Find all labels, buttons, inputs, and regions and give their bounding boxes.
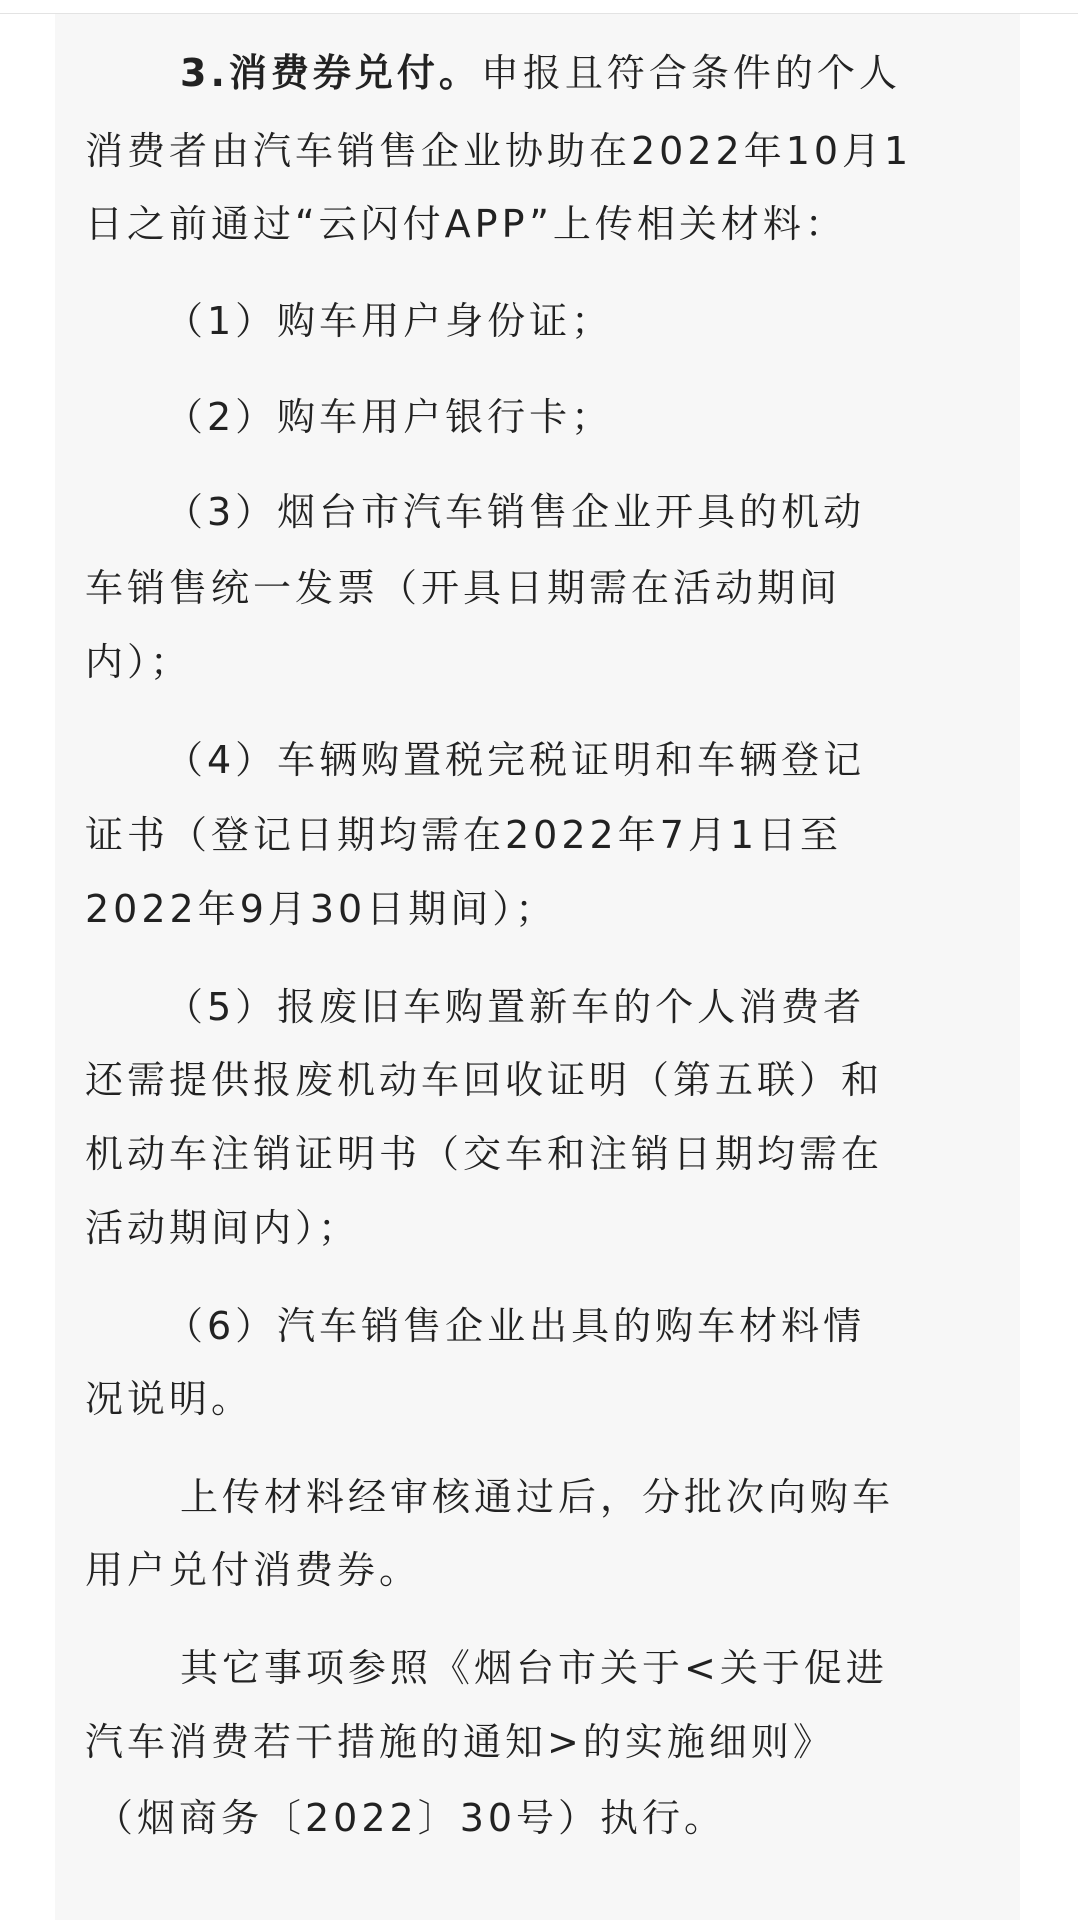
item-4-line-1: （4）车辆购置税完税证明和车辆登记 (165, 723, 865, 797)
paragraph-voucher-redemption-line-3: 日之前通过“云闪付APP”上传相关材料： (85, 187, 847, 261)
paragraph-voucher-redemption-line-1: 3.消费券兑付。申报且符合条件的个人 (180, 36, 901, 110)
item-5-line-3: 机动车注销证明书（交车和注销日期均需在 (85, 1117, 883, 1191)
paragraph-other-matters-line-3: （烟商务〔2022〕30号）执行。 (95, 1781, 726, 1855)
paragraph-voucher-redemption-line-2: 消费者由汽车销售企业协助在2022年10月1 (85, 114, 912, 188)
article-body: 3.消费券兑付。申报且符合条件的个人 消费者由汽车销售企业协助在2022年10月… (55, 14, 1020, 1920)
item-4-line-2: 证书（登记日期均需在2022年7月1日至 (85, 798, 842, 872)
paragraph-upload-review-line-1: 上传材料经审核通过后，分批次向购车 (180, 1460, 894, 1534)
item-5-line-2: 还需提供报废机动车回收证明（第五联）和 (85, 1043, 883, 1117)
section-heading: 3.消费券兑付。 (180, 51, 481, 95)
item-6-line-2: 况说明。 (85, 1362, 253, 1436)
paragraph-other-matters-line-2: 汽车消费若干措施的通知>的实施细则》 (85, 1705, 835, 1779)
paragraph-upload-review-line-2: 用户兑付消费券。 (85, 1533, 421, 1607)
paragraph-other-matters-line-1: 其它事项参照《烟台市关于<关于促进 (180, 1631, 888, 1705)
item-1-line-1: （1）购车用户身份证； (165, 284, 613, 358)
item-2-line-1: （2）购车用户银行卡； (165, 380, 613, 454)
item-3-line-3: 内）； (85, 625, 192, 699)
text: 申报且符合条件的个人 (481, 51, 901, 95)
top-bar (0, 0, 1078, 14)
item-4-line-3: 2022年9月30日期间）； (85, 872, 557, 946)
item-5-line-1: （5）报废旧车购置新车的个人消费者 (165, 970, 865, 1044)
item-5-line-4: 活动期间内）； (85, 1191, 360, 1265)
item-3-line-2: 车销售统一发票（开具日期需在活动期间 (85, 551, 841, 625)
item-3-line-1: （3）烟台市汽车销售企业开具的机动 (165, 475, 865, 549)
item-6-line-1: （6）汽车销售企业出具的购车材料情 (165, 1289, 865, 1363)
